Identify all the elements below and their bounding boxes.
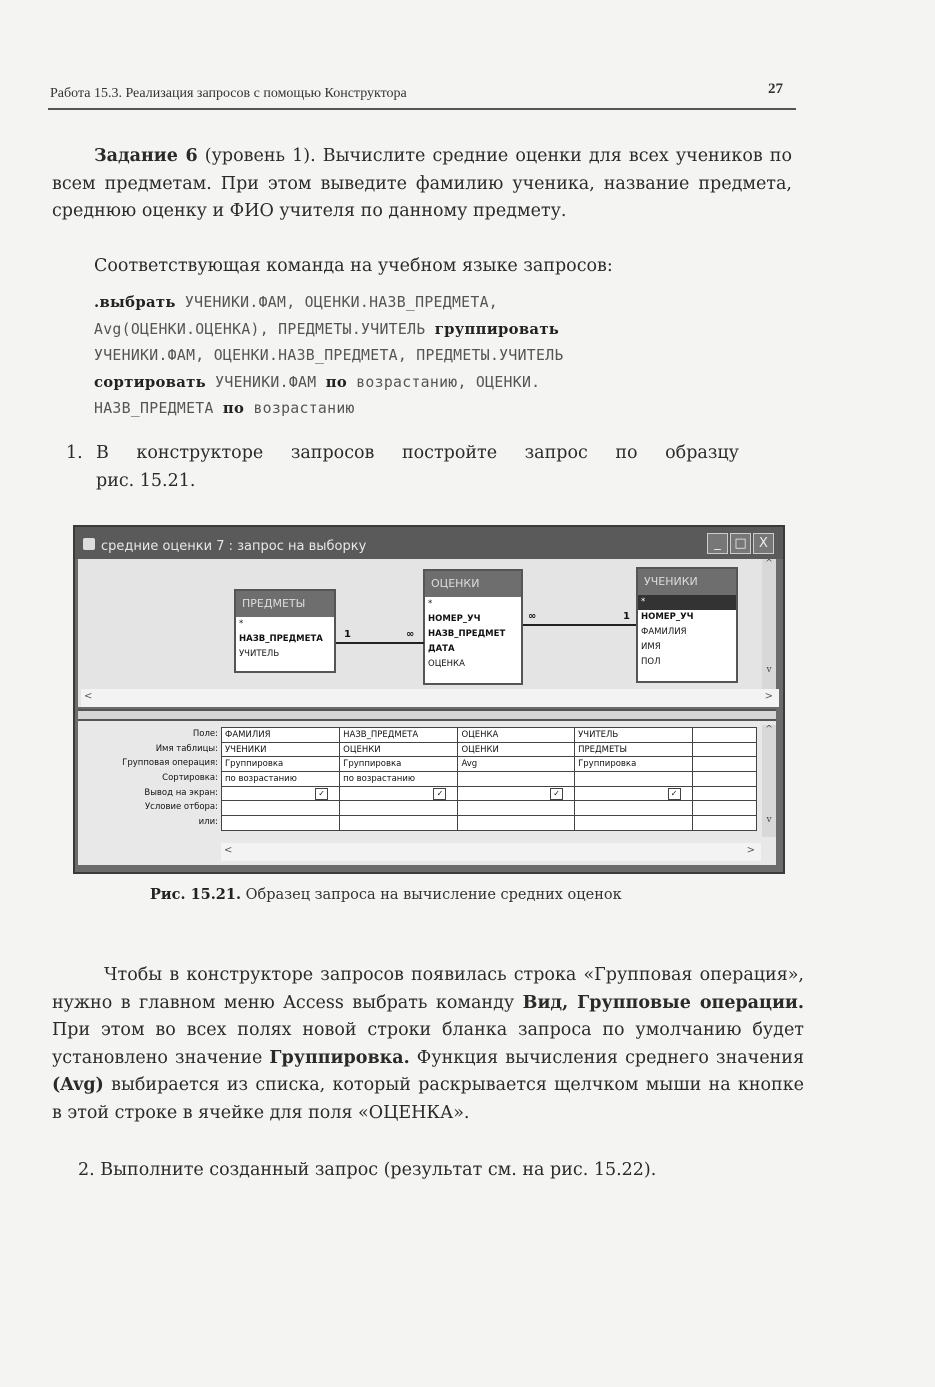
grid-cell-field[interactable]: УЧИТЕЛЬ bbox=[575, 728, 693, 743]
relationship-line[interactable] bbox=[336, 642, 424, 644]
field-item[interactable]: НАЗВ_ПРЕДМЕТ bbox=[425, 627, 521, 642]
relationship-many-label: ∞ bbox=[528, 611, 536, 622]
step-number: 1. bbox=[66, 440, 96, 468]
caption-label: Рис. 15.21. bbox=[150, 886, 241, 903]
grid-horizontal-scrollbar[interactable]: < > bbox=[221, 843, 761, 861]
field-item[interactable]: ИМЯ bbox=[638, 640, 736, 655]
relationship-many-label: ∞ bbox=[406, 629, 414, 640]
intro-text: Соответствующая команда на учебном языке… bbox=[94, 253, 794, 281]
grid-cell-sort[interactable]: по возрастанию bbox=[222, 772, 340, 787]
horizontal-scrollbar[interactable]: < > bbox=[81, 689, 779, 707]
show-checkbox[interactable]: ✓ bbox=[315, 788, 328, 800]
scroll-left-icon[interactable]: < bbox=[84, 691, 92, 702]
table-ucheniki[interactable]: УЧЕНИКИ * НОМЕР_УЧ ФАМИЛИЯ ИМЯ ПОЛ bbox=[636, 567, 738, 683]
scroll-up-icon[interactable]: ^ bbox=[762, 725, 776, 735]
grid-cell-show: ✓ bbox=[575, 786, 693, 801]
show-checkbox[interactable]: ✓ bbox=[433, 788, 446, 800]
running-header-title: Работа 15.3. Реализация запросов с помощ… bbox=[50, 86, 407, 102]
code-part: УЧЕНИКИ.ФАМ, ОЦЕНКИ.НАЗВ_ПРЕДМЕТА, bbox=[176, 294, 498, 311]
row-label-criteria: Условие отбора: bbox=[78, 800, 218, 815]
grid-cell-sort[interactable]: по возрастанию bbox=[340, 772, 458, 787]
grid-cell-group[interactable]: Группировка bbox=[575, 757, 693, 772]
field-item[interactable]: ФАМИЛИЯ bbox=[638, 625, 736, 640]
grid-cell-field[interactable]: ОЦЕНКА bbox=[458, 728, 575, 743]
table-header[interactable]: УЧЕНИКИ bbox=[638, 569, 736, 595]
window-titlebar[interactable]: средние оценки 7 : запрос на выборку _ □… bbox=[75, 527, 783, 559]
grid-cell-show: ✓ bbox=[222, 786, 340, 801]
grid-cell-empty[interactable] bbox=[692, 816, 756, 831]
grid-cell-or[interactable] bbox=[340, 816, 458, 831]
paragraph-text: Функция вычисления среднего значения bbox=[410, 1048, 804, 1068]
field-item[interactable]: НОМЕР_УЧ bbox=[638, 610, 736, 625]
grid-cell-show: ✓ bbox=[458, 786, 575, 801]
scroll-down-icon[interactable]: v bbox=[762, 815, 776, 825]
field-item[interactable]: * bbox=[425, 597, 521, 612]
code-part: УЧЕНИКИ.ФАМ bbox=[206, 374, 326, 391]
code-part: НАЗВ_ПРЕДМЕТА bbox=[94, 400, 223, 417]
field-item[interactable]: ПОЛ bbox=[638, 655, 736, 670]
field-item[interactable]: НОМЕР_УЧ bbox=[425, 612, 521, 627]
relationship-one-label: 1 bbox=[344, 629, 351, 640]
page-number: 27 bbox=[768, 81, 783, 98]
maximize-button[interactable]: □ bbox=[730, 533, 751, 554]
field-item[interactable]: * bbox=[638, 595, 736, 610]
scroll-right-icon[interactable]: > bbox=[765, 691, 773, 702]
keyword-sort: сортировать bbox=[94, 374, 206, 391]
field-item[interactable]: УЧИТЕЛЬ bbox=[236, 647, 334, 662]
relationship-line[interactable] bbox=[523, 624, 636, 626]
minimize-button[interactable]: _ bbox=[707, 533, 728, 554]
scroll-left-icon[interactable]: < bbox=[224, 845, 232, 856]
grid-cell-table[interactable]: ПРЕДМЕТЫ bbox=[575, 742, 693, 757]
grid-cell-criteria[interactable] bbox=[222, 801, 340, 816]
code-part: возрастанию, ОЦЕНКИ. bbox=[347, 374, 540, 391]
table-header[interactable]: ОЦЕНКИ bbox=[425, 571, 521, 597]
query-code: .выбрать УЧЕНИКИ.ФАМ, ОЦЕНКИ.НАЗВ_ПРЕДМЕ… bbox=[94, 290, 794, 423]
grid-cell-empty[interactable] bbox=[692, 728, 756, 743]
show-checkbox[interactable]: ✓ bbox=[550, 788, 563, 800]
table-predmety[interactable]: ПРЕДМЕТЫ * НАЗВ_ПРЕДМЕТА УЧИТЕЛЬ bbox=[234, 589, 336, 673]
grid-cell-or[interactable] bbox=[575, 816, 693, 831]
task-paragraph: Задание 6 (уровень 1). Вычислите средние… bbox=[52, 143, 792, 226]
scroll-right-icon[interactable]: > bbox=[747, 845, 755, 856]
grid-cell-group[interactable]: Группировка bbox=[340, 757, 458, 772]
field-item[interactable]: * bbox=[236, 617, 334, 632]
grid-cell-group[interactable]: Группировка bbox=[222, 757, 340, 772]
grid-row-labels: Поле: Имя таблицы: Групповая операция: С… bbox=[78, 727, 218, 830]
step-2: 2. Выполните созданный запрос (результат… bbox=[78, 1157, 656, 1185]
explanation-paragraph: Чтобы в конструкторе запросов появилась … bbox=[52, 962, 804, 1127]
function-name: (Avg) bbox=[52, 1075, 104, 1095]
grid-cell-empty[interactable] bbox=[692, 757, 756, 772]
grid-cell-field[interactable]: ФАМИЛИЯ bbox=[222, 728, 340, 743]
grid-cell-or[interactable] bbox=[222, 816, 340, 831]
row-label-field: Поле: bbox=[78, 727, 218, 742]
keyword-by: по bbox=[326, 374, 347, 391]
paragraph-text: выбирается из списка, который раскрывает… bbox=[52, 1075, 804, 1123]
grid-cell-criteria[interactable] bbox=[340, 801, 458, 816]
row-label-table: Имя таблицы: bbox=[78, 742, 218, 757]
grid-cell-table[interactable]: УЧЕНИКИ bbox=[222, 742, 340, 757]
step-1-continuation: рис. 15.21. bbox=[96, 468, 195, 496]
grid-cell-empty[interactable] bbox=[692, 742, 756, 757]
window-title: средние оценки 7 : запрос на выборку bbox=[101, 539, 366, 554]
design-grid-pane: Поле: Имя таблицы: Групповая операция: С… bbox=[78, 721, 776, 865]
pane-splitter[interactable] bbox=[78, 709, 776, 721]
grid-cell-or[interactable] bbox=[458, 816, 575, 831]
show-checkbox[interactable]: ✓ bbox=[668, 788, 681, 800]
field-item[interactable]: НАЗВ_ПРЕДМЕТА bbox=[236, 632, 334, 647]
caption-text: Образец запроса на вычисление средних оц… bbox=[241, 887, 622, 903]
table-header[interactable]: ПРЕДМЕТЫ bbox=[236, 591, 334, 617]
keyword-select: .выбрать bbox=[94, 294, 176, 311]
keyword-by: по bbox=[223, 400, 244, 417]
menu-command: Вид, Групповые операции. bbox=[523, 993, 804, 1013]
table-pane: ПРЕДМЕТЫ * НАЗВ_ПРЕДМЕТА УЧИТЕЛЬ ОЦЕНКИ … bbox=[78, 559, 776, 707]
query-designer-window: средние оценки 7 : запрос на выборку _ □… bbox=[73, 525, 785, 874]
grid-cell-field[interactable]: НАЗВ_ПРЕДМЕТА bbox=[340, 728, 458, 743]
code-part: Avg(ОЦЕНКИ.ОЦЕНКА), ПРЕДМЕТЫ.УЧИТЕЛЬ bbox=[94, 321, 435, 338]
keyword-group: группировать bbox=[435, 321, 559, 338]
row-label-or: или: bbox=[78, 815, 218, 830]
design-grid: ФАМИЛИЯ НАЗВ_ПРЕДМЕТА ОЦЕНКА УЧИТЕЛЬ УЧЕ… bbox=[221, 727, 757, 831]
close-button[interactable]: X bbox=[753, 533, 774, 554]
step-1: 1.В конструкторе запросов постройте запр… bbox=[66, 440, 796, 468]
grid-cell-empty[interactable] bbox=[692, 801, 756, 816]
scroll-down-icon[interactable]: v bbox=[762, 665, 776, 675]
grid-cell-criteria[interactable] bbox=[575, 801, 693, 816]
row-label-group: Групповая операция: bbox=[78, 756, 218, 771]
code-part: возрастанию bbox=[244, 400, 355, 417]
grid-vertical-scrollbar[interactable]: ^ v bbox=[762, 725, 776, 837]
grid-cell-empty[interactable] bbox=[692, 772, 756, 787]
code-part: УЧЕНИКИ.ФАМ, ОЦЕНКИ.НАЗВ_ПРЕДМЕТА, ПРЕДМ… bbox=[94, 347, 564, 364]
default-value: Группировка. bbox=[269, 1048, 409, 1068]
grid-cell-table[interactable]: ОЦЕНКИ bbox=[458, 742, 575, 757]
step-text: В конструкторе запросов постройте запрос… bbox=[96, 443, 739, 463]
relationship-one-label: 1 bbox=[623, 611, 630, 622]
scroll-up-icon[interactable]: ^ bbox=[762, 559, 776, 569]
figure-caption: Рис. 15.21. Образец запроса на вычислени… bbox=[150, 886, 622, 903]
table-otsenki[interactable]: ОЦЕНКИ * НОМЕР_УЧ НАЗВ_ПРЕДМЕТ ДАТА ОЦЕН… bbox=[423, 569, 523, 685]
row-label-show: Вывод на экран: bbox=[78, 786, 218, 801]
field-item[interactable]: ДАТА bbox=[425, 642, 521, 657]
grid-cell-criteria[interactable] bbox=[458, 801, 575, 816]
vertical-scrollbar[interactable]: ^ v bbox=[762, 559, 776, 689]
grid-cell-table[interactable]: ОЦЕНКИ bbox=[340, 742, 458, 757]
field-item[interactable]: ОЦЕНКА bbox=[425, 657, 521, 672]
header-rule bbox=[48, 108, 796, 110]
grid-cell-sort[interactable] bbox=[458, 772, 575, 787]
grid-cell-empty[interactable] bbox=[692, 786, 756, 801]
task-label: Задание 6 bbox=[94, 146, 198, 166]
query-icon bbox=[83, 538, 95, 550]
grid-cell-sort[interactable] bbox=[575, 772, 693, 787]
row-label-sort: Сортировка: bbox=[78, 771, 218, 786]
grid-cell-show: ✓ bbox=[340, 786, 458, 801]
grid-cell-group[interactable]: Avg bbox=[458, 757, 575, 772]
